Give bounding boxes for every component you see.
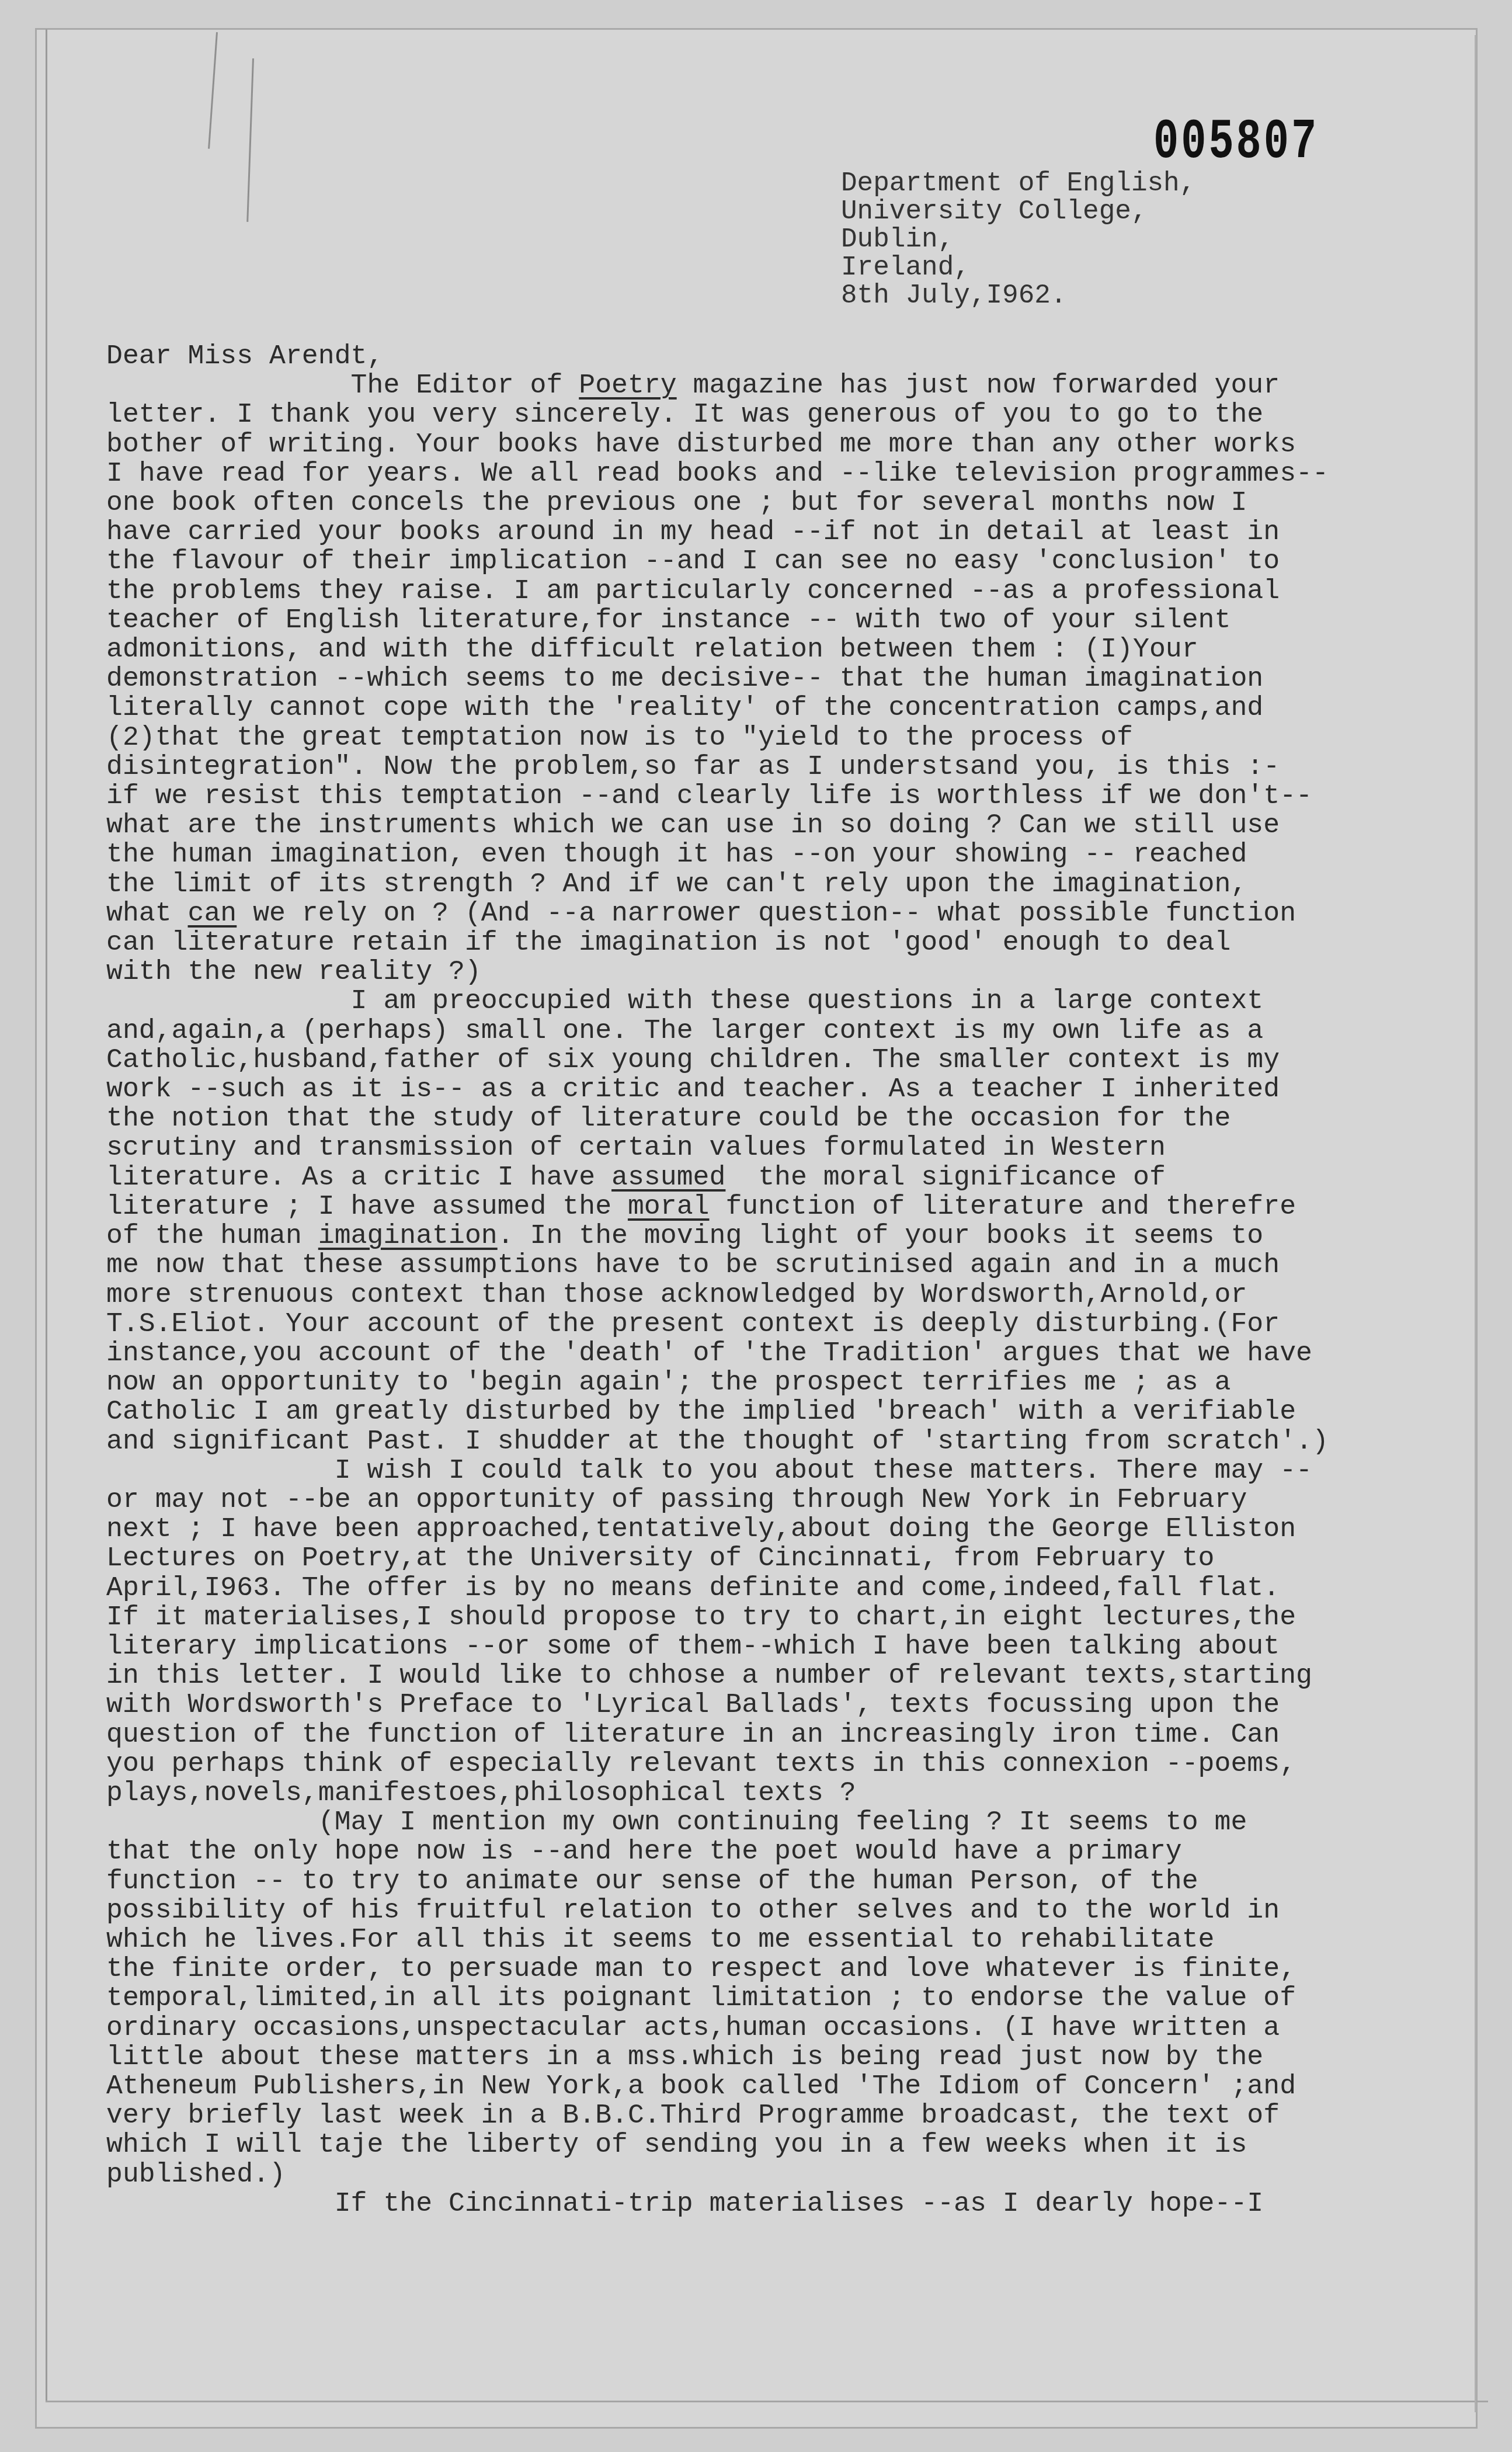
body-line: Catholic I am greatly disturbed by the i… (106, 1397, 1450, 1426)
body-line: published.) (106, 2160, 1450, 2189)
body-line: which he lives.For all this it seems to … (106, 1925, 1450, 1954)
body-line: teacher of English literature,for instan… (106, 606, 1450, 635)
body-line: or may not --be an opportunity of passin… (106, 1485, 1450, 1515)
body-line: scrutiny and transmission of certain val… (106, 1133, 1450, 1162)
letter-body: Dear Miss Arendt, The Editor of Poetry m… (106, 342, 1450, 2218)
body-line: demonstration --which seems to me decisi… (106, 664, 1450, 693)
body-line: what are the instruments which we can us… (106, 811, 1450, 840)
body-line: with the new reality ?) (106, 957, 1450, 987)
body-line: The Editor of Poetry magazine has just n… (106, 371, 1450, 400)
body-line: question of the function of literature i… (106, 1720, 1450, 1749)
archive-number-stamp: 005807 (1153, 110, 1319, 175)
body-line: letter. I thank you very sincerely. It w… (106, 400, 1450, 429)
body-line: possibility of his fruitful relation to … (106, 1896, 1450, 1925)
body-text: The Editor of Poetry magazine has just n… (106, 371, 1450, 2218)
body-line: Lectures on Poetry,at the University of … (106, 1544, 1450, 1573)
body-line: and significant Past. I shudder at the t… (106, 1427, 1450, 1456)
page-border-left (46, 29, 47, 2401)
underlined-word: Poetry (579, 370, 676, 401)
body-line: the notion that the study of literature … (106, 1104, 1450, 1133)
underlined-word: can (188, 898, 237, 929)
address-line: University College, (841, 197, 1195, 225)
body-line: (2)that the great temptation now is to "… (106, 723, 1450, 752)
sender-address: Department of English, University Colleg… (841, 169, 1195, 310)
page-border-bottom (46, 2401, 1488, 2402)
body-line: literature ; I have assumed the moral fu… (106, 1192, 1450, 1221)
body-line: if we resist this temptation --and clear… (106, 782, 1450, 811)
body-line: one book often concels the previous one … (106, 488, 1450, 518)
body-line: April,I963. The offer is by no means def… (106, 1574, 1450, 1603)
body-line: admonitions, and with the difficult rela… (106, 635, 1450, 664)
body-line: the problems they raise. I am particular… (106, 576, 1450, 606)
underlined-word: assumed (611, 1162, 725, 1193)
body-line: ordinary occasions,unspectacular acts,hu… (106, 2013, 1450, 2043)
body-line: of the human imagination. In the moving … (106, 1221, 1450, 1251)
body-line: can literature retain if the imagination… (106, 928, 1450, 957)
body-line: I am preoccupied with these questions in… (106, 987, 1450, 1016)
address-line: Dublin, (841, 225, 1195, 253)
body-line: little about these matters in a mss.whic… (106, 2043, 1450, 2072)
body-line: instance,you account of the 'death' of '… (106, 1339, 1450, 1368)
body-line: work --such as it is-- as a critic and t… (106, 1075, 1450, 1104)
body-line: and,again,a (perhaps) small one. The lar… (106, 1016, 1450, 1046)
body-line: more strenuous context than those acknow… (106, 1280, 1450, 1310)
body-line: Atheneum Publishers,in New York,a book c… (106, 2072, 1450, 2101)
body-line: which I will taje the liberty of sending… (106, 2130, 1450, 2159)
letter-date: 8th July,I962. (841, 282, 1195, 310)
body-line: the human imagination, even though it ha… (106, 840, 1450, 869)
body-line: the flavour of their implication --and I… (106, 547, 1450, 576)
body-line: function -- to try to animate our sense … (106, 1867, 1450, 1896)
body-line: plays,novels,manifestoes,philosophical t… (106, 1779, 1450, 1808)
body-line: bother of writing. Your books have distu… (106, 430, 1450, 459)
address-line: Ireland, (841, 253, 1195, 282)
page-border-right (1475, 35, 1476, 2412)
body-line: the finite order, to persuade man to res… (106, 1954, 1450, 1984)
body-line: (May I mention my own continuing feeling… (106, 1808, 1450, 1837)
body-line: you perhaps think of especially relevant… (106, 1749, 1450, 1779)
body-line: If it materialises,I should propose to t… (106, 1603, 1450, 1632)
salutation: Dear Miss Arendt, (106, 342, 1450, 371)
body-line: the limit of its strength ? And if we ca… (106, 870, 1450, 899)
underlined-word: imagination (318, 1220, 498, 1251)
body-line: If the Cincinnati-trip materialises --as… (106, 2189, 1450, 2218)
underlined-word: moral (628, 1191, 710, 1222)
body-line: literary implications --or some of them-… (106, 1632, 1450, 1661)
body-line: with Wordsworth's Preface to 'Lyrical Ba… (106, 1690, 1450, 1720)
body-line: T.S.Eliot. Your account of the present c… (106, 1310, 1450, 1339)
body-line: literally cannot cope with the 'reality'… (106, 693, 1450, 723)
body-line: temporal,limited,in all its poignant lim… (106, 1984, 1450, 2013)
body-line: me now that these assumptions have to be… (106, 1251, 1450, 1280)
body-line: Catholic,husband,father of six young chi… (106, 1046, 1450, 1075)
body-line: that the only hope now is --and here the… (106, 1837, 1450, 1866)
body-line: very briefly last week in a B.B.C.Third … (106, 2101, 1450, 2130)
address-line: Department of English, (841, 169, 1195, 197)
body-line: what can we rely on ? (And --a narrower … (106, 899, 1450, 928)
body-line: in this letter. I would like to chhose a… (106, 1661, 1450, 1690)
body-line: I have read for years. We all read books… (106, 459, 1450, 488)
body-line: now an opportunity to 'begin again'; the… (106, 1368, 1450, 1397)
body-line: literature. As a critic I have assumed t… (106, 1163, 1450, 1192)
body-line: I wish I could talk to you about these m… (106, 1456, 1450, 1485)
body-line: next ; I have been approached,tentativel… (106, 1515, 1450, 1544)
body-line: have carried your books around in my hea… (106, 518, 1450, 547)
body-line: disintegration". Now the problem,so far … (106, 752, 1450, 782)
